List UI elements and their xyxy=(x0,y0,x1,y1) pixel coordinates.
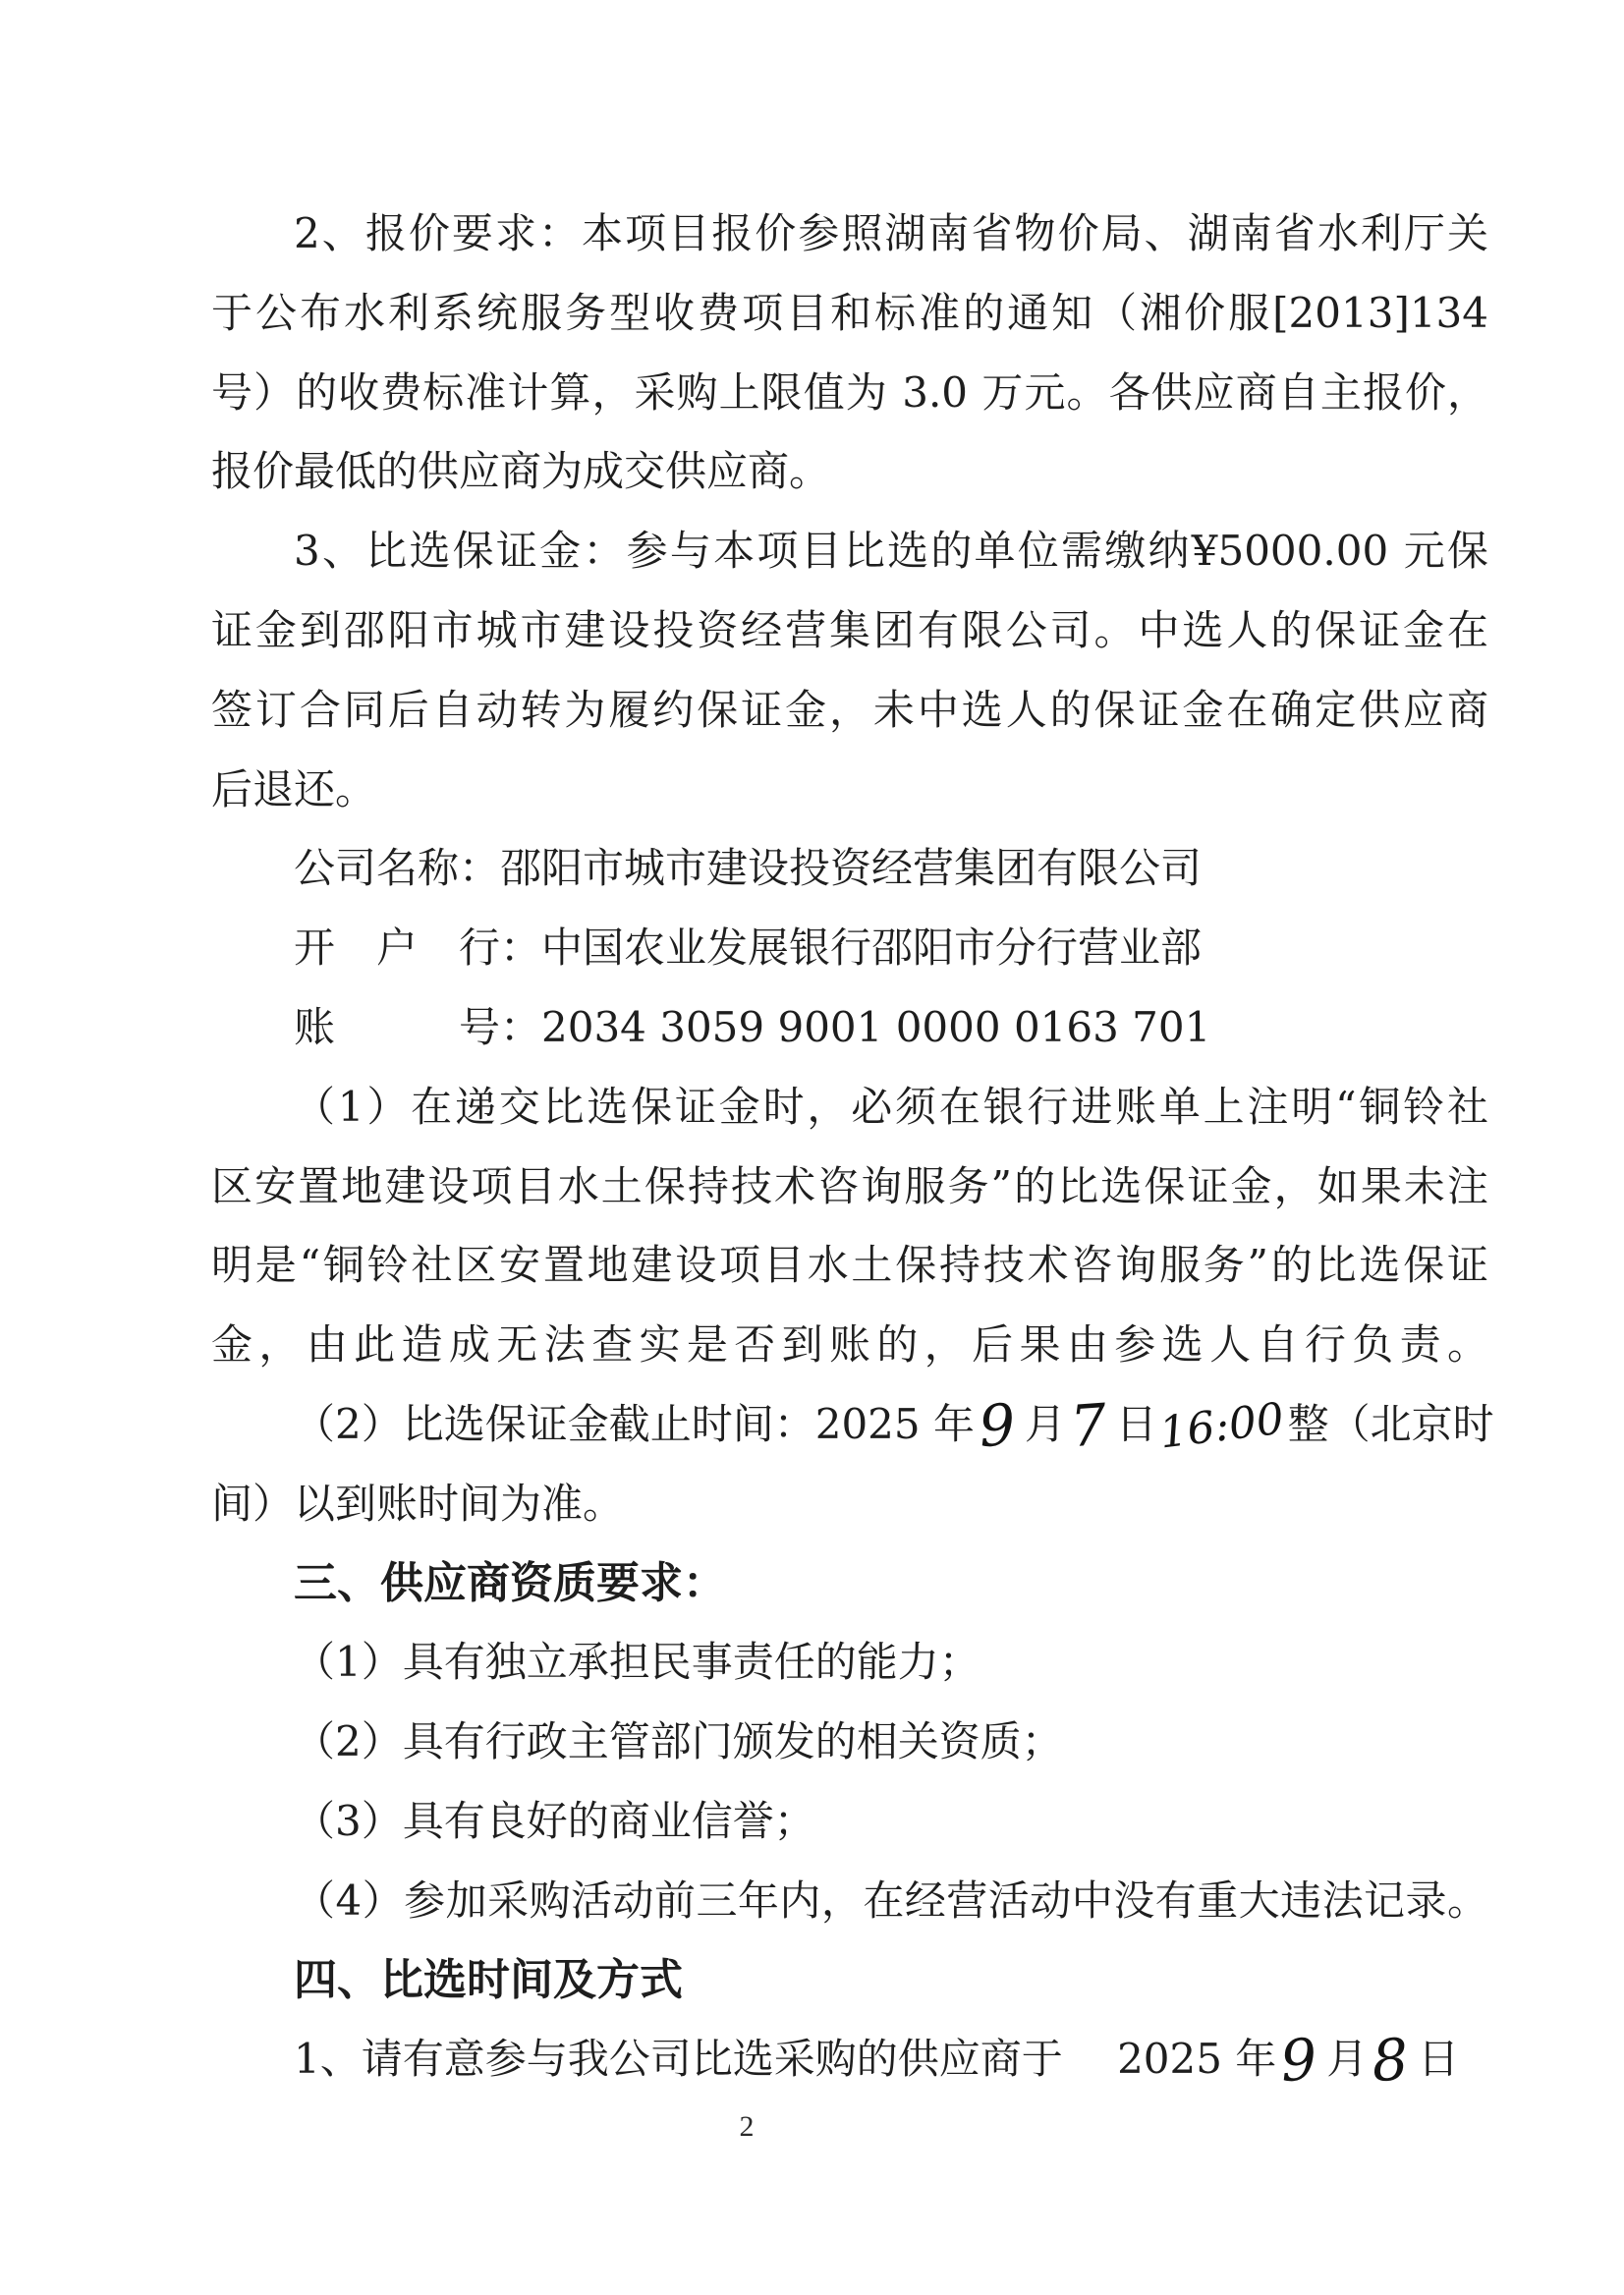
handwritten-schedule-day: 8 xyxy=(1371,2031,1411,2090)
schedule-text-day-label: 日 xyxy=(1418,2035,1459,2083)
heading-supplier-qualifications: 三、供应商资质要求： xyxy=(211,1544,1488,1624)
line-remit-note-3: 明是“铜铃社区安置地建设项目水土保持技术咨询服务”的比选保证 xyxy=(211,1226,1488,1306)
schedule-text-prefix: 1、请有意参与我公司比选采购的供应商于 2025 年 xyxy=(294,2035,1276,2083)
line-qualification-4: （4）参加采购活动前三年内，在经营活动中没有重大违法记录。 xyxy=(211,1862,1488,1941)
line-deposit-deadline-cont: 间）以到账时间为准。 xyxy=(211,1465,1488,1544)
handwritten-deadline-day: 7 xyxy=(1068,1396,1108,1455)
line-deposit-3: 签订合同后自动转为履约保证金，未中选人的保证金在确定供应商 xyxy=(211,671,1488,751)
line-deposit-2: 证金到邵阳市城市建设投资经营集团有限公司。中选人的保证金在 xyxy=(211,591,1488,671)
line-qualification-3: （3）具有良好的商业信誉； xyxy=(211,1782,1488,1862)
line-pricing-req-2: 于公布水利系统服务型收费项目和标准的通知（湘价服[2013]134 xyxy=(211,274,1488,354)
document-body: 2、报价要求：本项目报价参照湖南省物价局、湖南省水利厅关 于公布水利系统服务型收… xyxy=(211,195,1488,2099)
line-bank-branch: 开 户 行：中国农业发展银行邵阳市分行营业部 xyxy=(211,909,1488,988)
line-deposit-deadline: （2）比选保证金截止时间：2025 年9月7日16:00整（北京时 xyxy=(211,1385,1488,1465)
deadline-text-day-label: 日 xyxy=(1116,1400,1157,1448)
handwritten-deadline-time: 16:00 xyxy=(1157,1397,1286,1455)
line-qualification-1: （1）具有独立承担民事责任的能力； xyxy=(211,1623,1488,1703)
line-deposit-4: 后退还。 xyxy=(211,751,1488,830)
line-qualification-2: （2）具有行政主管部门颁发的相关资质； xyxy=(211,1703,1488,1782)
heading-comparison-time-method: 四、比选时间及方式 xyxy=(211,1941,1488,2021)
line-deposit-1: 3、比选保证金：参与本项目比选的单位需缴纳¥5000.00 元保 xyxy=(211,512,1488,591)
schedule-text-month-label: 月 xyxy=(1326,2035,1368,2083)
line-pricing-req-3: 号）的收费标准计算，采购上限值为 3.0 万元。各供应商自主报价， xyxy=(211,354,1488,433)
deadline-text-prefix: （2）比选保证金截止时间：2025 年 xyxy=(294,1400,975,1448)
line-pricing-req-1: 2、报价要求：本项目报价参照湖南省物价局、湖南省水利厅关 xyxy=(211,195,1488,274)
line-remit-note-2: 区安置地建设项目水土保持技术咨询服务”的比选保证金，如果未注 xyxy=(211,1147,1488,1227)
line-pricing-req-4: 报价最低的供应商为成交供应商。 xyxy=(211,432,1488,512)
line-company-name: 公司名称：邵阳市城市建设投资经营集团有限公司 xyxy=(211,829,1488,909)
page-number: 2 xyxy=(688,2110,806,2144)
line-account-number: 账 号：2034 3059 9001 0000 0163 701 xyxy=(211,988,1488,1068)
line-remit-note-4: 金，由此造成无法查实是否到账的，后果由参选人自行负责。 xyxy=(211,1306,1488,1385)
handwritten-schedule-month: 9 xyxy=(1279,2031,1319,2090)
handwritten-deadline-month: 9 xyxy=(977,1396,1017,1455)
deadline-text-suffix: 整（北京时 xyxy=(1288,1400,1494,1448)
line-remit-note-1: （1）在递交比选保证金时，必须在银行进账单上注明“铜铃社 xyxy=(211,1068,1488,1147)
document-page: 2、报价要求：本项目报价参照湖南省物价局、湖南省水利厅关 于公布水利系统服务型收… xyxy=(0,0,1624,2295)
deadline-text-month-label: 月 xyxy=(1025,1400,1066,1448)
line-comparison-schedule: 1、请有意参与我公司比选采购的供应商于 2025 年9月8日 xyxy=(211,2020,1488,2099)
